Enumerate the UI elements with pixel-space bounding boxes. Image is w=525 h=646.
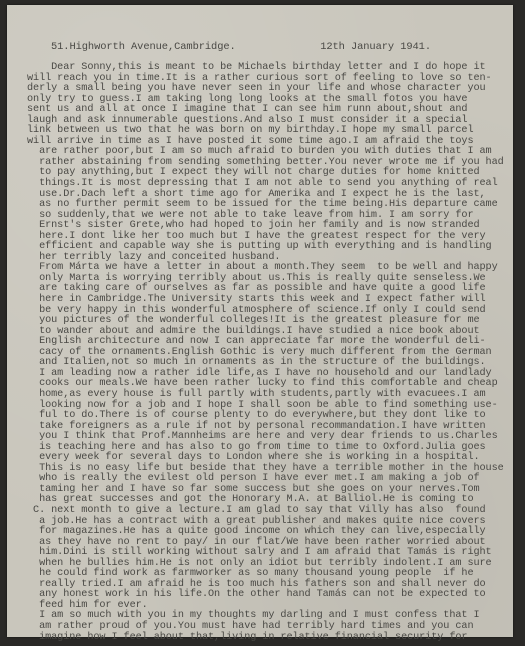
letter-sheet: 51.Highworth Avenue,Cambridge. 12th Janu… [7,5,513,637]
letter-line: things.It is most depressing that I am n… [27,179,517,190]
letter-line: Dear Sonny,this is meant to be Michaels … [27,63,517,74]
letter-header: 51.Highworth Avenue,Cambridge. 12th Janu… [51,41,483,55]
letter-line: am rather proud of you.You must have had… [27,622,517,633]
letter-line: home,as every house is full partly with … [27,390,517,401]
letter-line: C. next month to give a lecture.I am gla… [27,506,517,517]
sender-address: 51.Highworth Avenue,Cambridge. [51,41,236,53]
typed-letter: 51.Highworth Avenue,Cambridge. 12th Janu… [7,5,513,637]
letter-line: here in Cambridge.The University starts … [27,295,517,306]
scan-background: 51.Highworth Avenue,Cambridge. 12th Janu… [0,0,525,646]
letter-line: imagine how I feel about that,living in … [27,633,517,644]
letter-line: ful to do.There is of course plenty to d… [27,411,517,422]
letter-date: 12th January 1941. [320,41,431,53]
letter-body: Dear Sonny,this is meant to be Michaels … [27,63,517,643]
